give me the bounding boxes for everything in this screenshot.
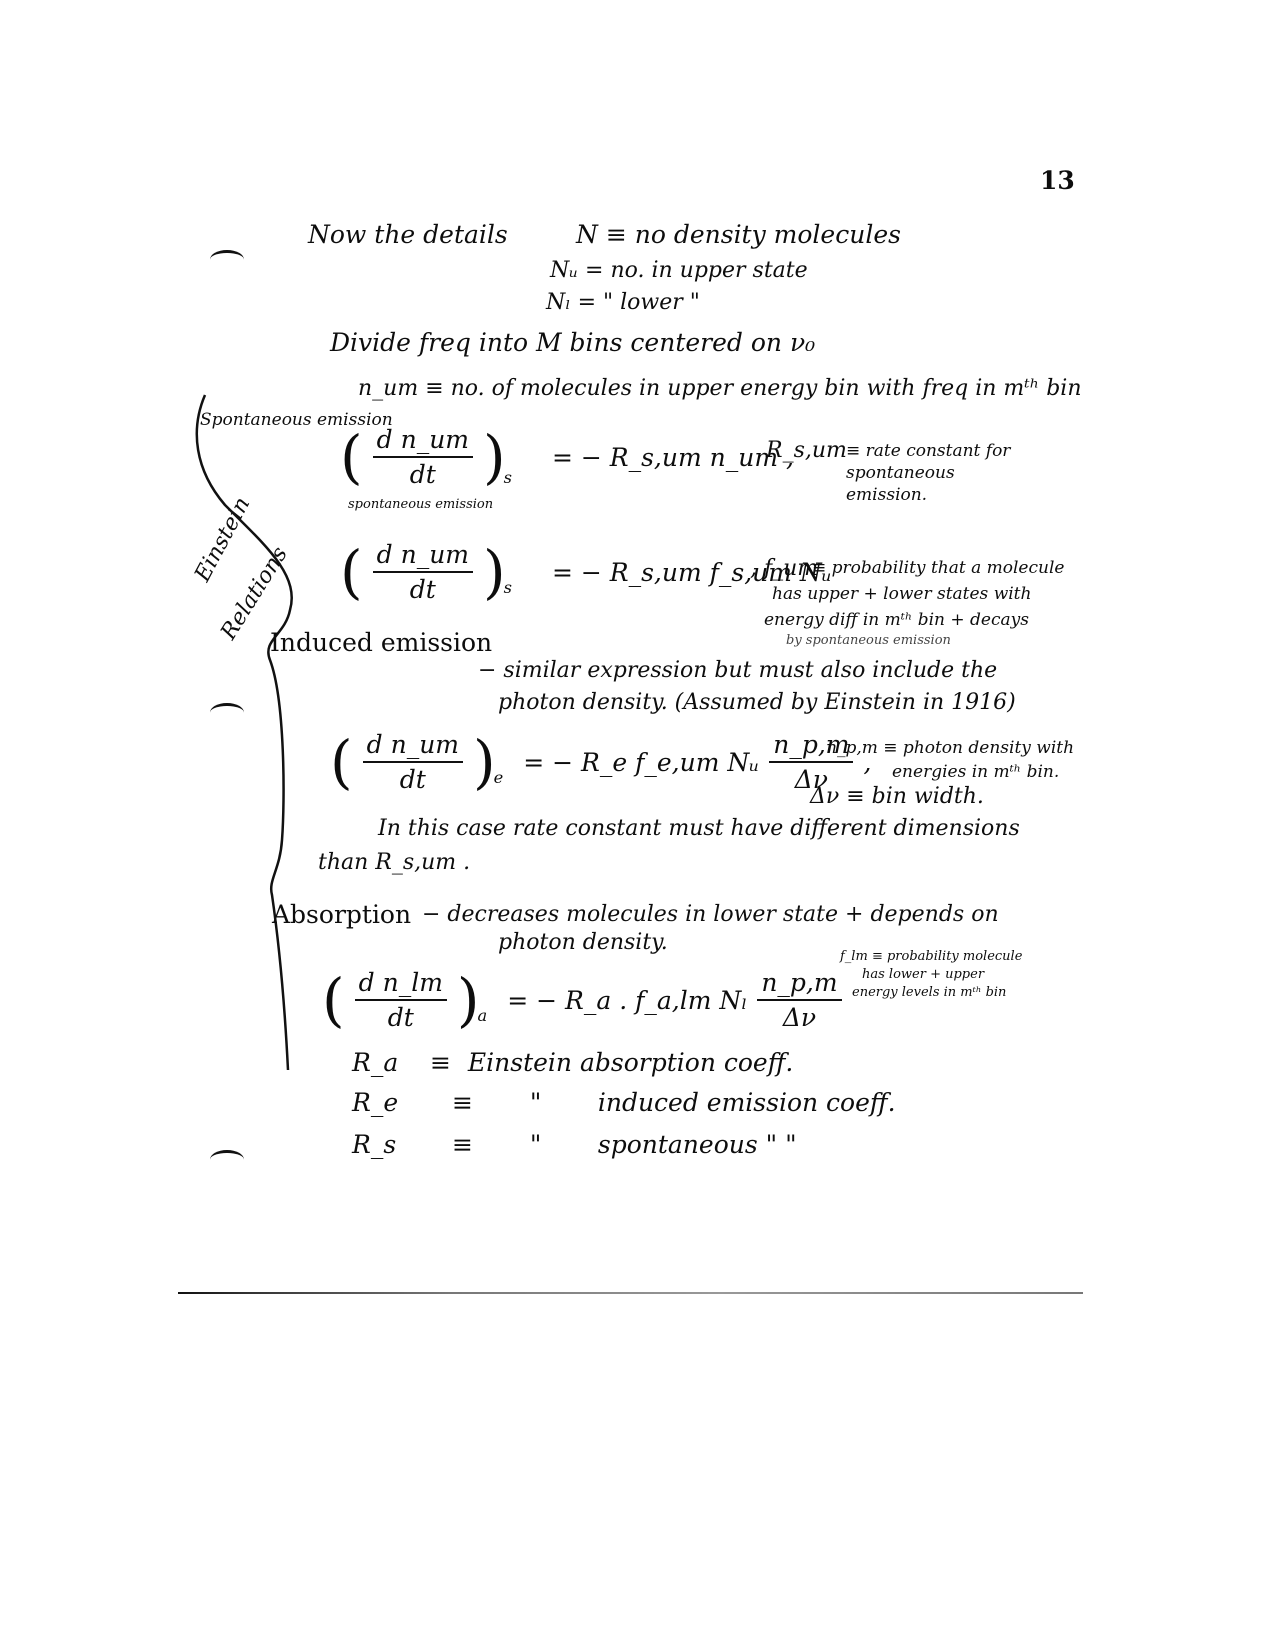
induced-desc-line2: photon density. (Assumed by Einstein in … [498, 692, 1016, 714]
photon-density-fraction: n_p,m Δν [757, 968, 841, 1032]
rhs: = − R_a . f_a,lm Nₗ [507, 986, 747, 1015]
f-lm-def: f_lm ≡ probability molecule [840, 950, 1022, 963]
photon-density-def-line2: energies in mᵗʰ bin. [892, 764, 1059, 781]
numerator: d n_um [373, 425, 473, 458]
binder-hole-mark [210, 1150, 244, 1169]
def-symbol: Nₗ [546, 290, 571, 315]
coef-symbol: R_a [352, 1050, 422, 1075]
rate-constant-definition: R_s,um [766, 440, 847, 462]
def-text: ≡ photon density with [883, 738, 1074, 758]
induced-equation: ( d n_um dt )e = − R_e f_e,um Nᵤ n_p,m Δ… [330, 730, 871, 794]
photon-density-def: n_p,m ≡ photon density with [826, 740, 1074, 757]
coef-rel: ≡ [452, 1132, 522, 1157]
def-text: no. in upper state [610, 258, 807, 283]
denominator: dt [388, 1001, 414, 1032]
n-um-symbol: n_um [358, 376, 418, 401]
absorption-desc-line1: − decreases molecules in lower state + d… [422, 904, 999, 926]
definition-nu: Nᵤ = no. in upper state [550, 260, 808, 282]
coefficient-rs: R_s ≡ " spontaneous " " [352, 1132, 797, 1157]
coefficient-re: R_e ≡ " induced emission coeff. [352, 1090, 896, 1115]
derivative: d n_um dt [363, 730, 463, 794]
def-symbol: Nᵤ [550, 258, 578, 283]
coef-text: spontaneous " " [598, 1130, 797, 1159]
open-paren: ( [340, 543, 363, 601]
def-text: ≡ probability molecule [872, 949, 1022, 964]
coef-text: absorption coeff. [580, 1048, 793, 1077]
bin-width-def: Δν ≡ bin width. [810, 786, 984, 808]
coef-prefix: Einstein [468, 1048, 572, 1077]
subscript: s [504, 468, 512, 487]
n-um-text: ≡ no. of molecules in upper energy bin w… [425, 376, 1081, 401]
induced-emission-heading: Induced emission [270, 630, 492, 655]
def-symbol: f_um [764, 556, 818, 581]
def-symbol: n_p,m [826, 738, 878, 758]
derivative: d n_um dt [373, 540, 473, 604]
coef-ditto: " [530, 1090, 590, 1115]
close-paren: ) [457, 971, 480, 1029]
close-paren: ) [483, 428, 506, 486]
spontaneous-equation-1: ( d n_um dt )s = − R_s,um n_um , [340, 425, 794, 489]
denominator: dt [410, 573, 436, 604]
def-text: " lower " [603, 290, 700, 315]
rate-constant-text: ≡ rate constant for spontaneous emission… [846, 440, 1036, 506]
coef-rel: ≡ [452, 1090, 522, 1115]
page-number: 13 [1040, 168, 1075, 193]
coef-ditto: " [530, 1132, 590, 1157]
open-paren: ( [340, 428, 363, 486]
f-um-def-line3: energy diff in mᵗʰ bin + decays [764, 612, 1029, 629]
f-lm-def-line2: has lower + upper [862, 968, 984, 981]
bottom-rule [178, 1292, 1083, 1294]
numerator: d n_um [363, 730, 463, 763]
subscript: s [504, 578, 512, 597]
numerator: d n_lm [355, 968, 447, 1001]
subscript: e [494, 768, 504, 787]
f-lm-def-line3: energy levels in mᵗʰ bin [852, 986, 1006, 999]
spontaneous-emission-label: spontaneous emission [348, 498, 493, 511]
numerator: n_p,m [757, 968, 841, 1001]
rhs: = − R_e f_e,um Nᵤ [523, 748, 759, 777]
induced-note-line2: than R_s,um . [318, 852, 470, 874]
absorption-equation: ( d n_lm dt )a = − R_a . f_a,lm Nₗ n_p,m… [322, 968, 842, 1032]
coefficient-ra: R_a ≡ Einstein absorption coeff. [352, 1050, 793, 1075]
binder-hole-mark [210, 703, 244, 722]
margin-label-einstein: Einstein [192, 494, 254, 585]
close-paren: ) [473, 733, 496, 791]
induced-desc-line1: − similar expression but must also inclu… [478, 660, 997, 682]
derivative: d n_um dt [373, 425, 473, 489]
absorption-heading: Absorption [272, 902, 411, 927]
binder-hole-mark [210, 250, 244, 269]
def-rel: ≡ [606, 220, 627, 249]
rhs: = − R_s,um n_um , [552, 443, 794, 472]
coef-symbol: R_e [352, 1090, 444, 1115]
f-um-symbol: , f_um [750, 558, 818, 580]
absorption-desc-line2: photon density. [498, 932, 668, 954]
coef-rel: ≡ [430, 1050, 460, 1075]
def-symbol: f_lm [840, 949, 868, 964]
coef-text: induced emission coeff. [598, 1088, 896, 1117]
definition-nl: Nₗ = " lower " [546, 292, 700, 314]
n-um-definition: n_um ≡ no. of molecules in upper energy … [358, 378, 1082, 400]
denominator: Δν [783, 1001, 816, 1032]
intro-text: Now the details [308, 222, 508, 247]
derivative: d n_lm dt [355, 968, 447, 1032]
subscript: a [478, 1006, 488, 1025]
denominator: dt [400, 763, 426, 794]
divide-frequency-line: Divide freq into M bins centered on ν₀ [330, 330, 815, 355]
f-um-def-line2: has upper + lower states with [772, 586, 1031, 603]
coef-symbol: R_s [352, 1132, 444, 1157]
f-um-def-line4: by spontaneous emission [786, 634, 951, 647]
def-text: no density molecules [635, 220, 901, 249]
open-paren: ( [322, 971, 345, 1029]
numerator: d n_um [373, 540, 473, 573]
open-paren: ( [330, 733, 353, 791]
close-paren: ) [483, 543, 506, 601]
def-symbol: N [576, 220, 598, 249]
denominator: dt [410, 458, 436, 489]
induced-note-line1: In this case rate constant must have dif… [378, 818, 1020, 840]
def-rel: = [585, 258, 603, 283]
def-symbol: R_s,um [766, 438, 847, 463]
f-um-def-line1: ≡ probability that a molecule [812, 560, 1064, 577]
def-rel: = [578, 290, 596, 315]
definition-n: N ≡ no density molecules [576, 222, 901, 247]
